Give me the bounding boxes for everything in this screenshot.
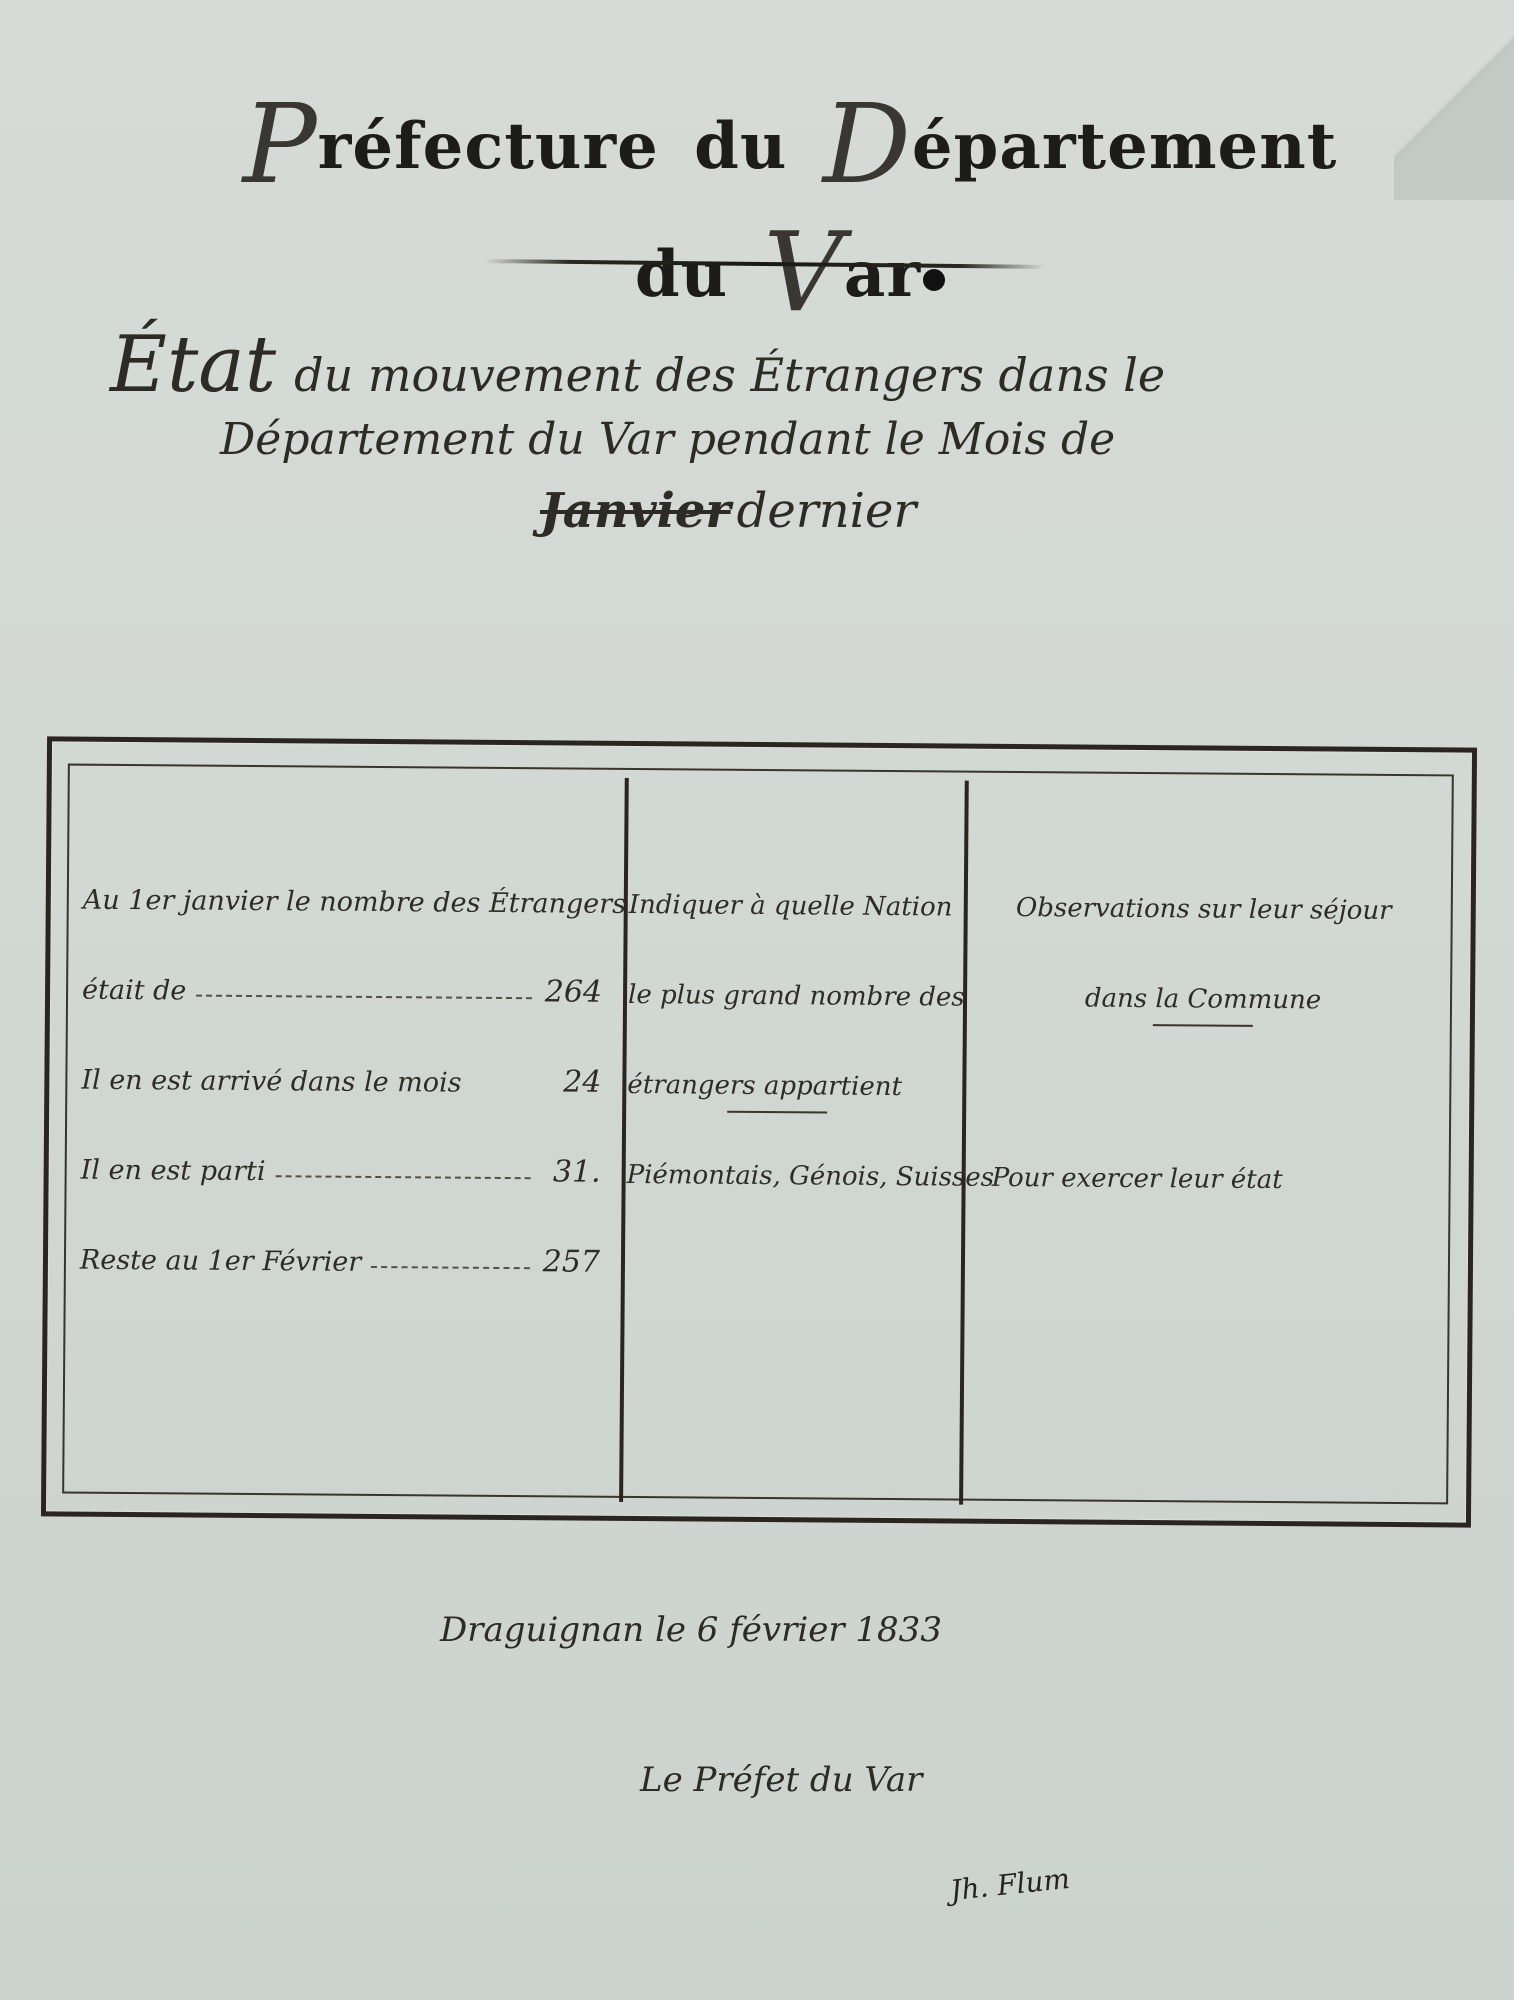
title-line-1: Étatdu mouvement des Étrangers dans le bbox=[110, 320, 1430, 410]
ornamental-initial-v: V bbox=[763, 208, 843, 336]
observations-column: Observations sur leur séjour dans la Com… bbox=[973, 833, 1434, 1029]
column-divider-1 bbox=[619, 778, 629, 1502]
nationality-header-line: Indiquer à quelle Nation bbox=[629, 830, 960, 923]
movement-counts-column: Au 1er janvier le nombre des Étrangers é… bbox=[80, 826, 604, 1280]
title-line-3: Janvierdernier bbox=[540, 483, 1430, 539]
count-row-value: 31. bbox=[541, 1154, 601, 1189]
count-row-value: 24 bbox=[541, 1064, 601, 1099]
heading-word-du-2: du bbox=[635, 237, 728, 312]
header-underline bbox=[727, 1111, 827, 1114]
heading-word-departement: Département bbox=[823, 109, 1338, 184]
column-divider-2 bbox=[959, 781, 969, 1505]
count-row: était de 264 bbox=[82, 916, 603, 1010]
count-row-value: 264 bbox=[542, 974, 602, 1009]
dotted-leader bbox=[371, 1266, 530, 1269]
ornamental-initial-d: D bbox=[823, 80, 912, 208]
title-etat: État bbox=[110, 320, 276, 410]
heading-word-prefecture: Préfecture bbox=[243, 109, 659, 184]
count-row: Au 1er janvier le nombre des Étrangers bbox=[83, 826, 604, 920]
signature: Jh. Flum bbox=[949, 1862, 1072, 1907]
count-row-value: 257 bbox=[540, 1244, 600, 1279]
count-row-label: était de bbox=[82, 975, 187, 1007]
heading-word-du: du bbox=[694, 109, 787, 184]
nationality-column: Indiquer à quelle Nation le plus grand n… bbox=[627, 830, 959, 1115]
count-row: Il en est parti 31. bbox=[81, 1096, 602, 1190]
count-row-label: Il en est arrivé dans le mois bbox=[81, 1065, 461, 1099]
folded-corner bbox=[1394, 0, 1514, 200]
dotted-leader bbox=[196, 995, 532, 1000]
dotted-leader bbox=[276, 1175, 531, 1179]
count-row-label: Il en est parti bbox=[81, 1155, 266, 1187]
count-row-label: Reste au 1er Février bbox=[80, 1245, 361, 1278]
struck-month: Janvier bbox=[540, 483, 731, 539]
statistics-table: Au 1er janvier le nombre des Étrangers é… bbox=[62, 764, 1454, 1505]
header-underline bbox=[1153, 1024, 1253, 1027]
count-row: Reste au 1er Février 257 bbox=[80, 1186, 601, 1280]
nationality-header-line: étrangers appartient bbox=[627, 1010, 958, 1103]
ink-blot bbox=[923, 269, 945, 291]
document-title: Étatdu mouvement des Étrangers dans le D… bbox=[110, 320, 1430, 539]
nationality-answer: Piémontais, Génois, Suisses bbox=[627, 1160, 995, 1193]
count-row: Il en est arrivé dans le mois 24 bbox=[81, 1006, 602, 1100]
document-page: Préfecture du Département du Var Étatdu … bbox=[0, 0, 1514, 2000]
observations-header-line: Observations sur leur séjour bbox=[974, 833, 1435, 927]
title-line-2: Département du Var pendant le Mois de bbox=[220, 414, 1430, 465]
observations-answer: Pour exercer leur état bbox=[992, 1163, 1283, 1195]
observations-header-line: dans la Commune bbox=[973, 923, 1434, 1017]
count-row-label: Au 1er janvier le nombre des Étrangers bbox=[83, 885, 626, 920]
title-line-1-text: du mouvement des Étrangers dans le bbox=[294, 348, 1165, 402]
statistics-table-frame: Au 1er janvier le nombre des Étrangers é… bbox=[41, 736, 1477, 1527]
place-and-date: Draguignan le 6 février 1833 bbox=[440, 1610, 942, 1650]
signatory-title: Le Préfet du Var bbox=[640, 1760, 922, 1800]
letterhead-heading: Préfecture du Département du Var bbox=[180, 80, 1400, 336]
title-month-dernier: dernier bbox=[737, 483, 917, 539]
ornamental-initial-p: P bbox=[243, 80, 318, 208]
nationality-header-line: le plus grand nombre des bbox=[628, 920, 959, 1013]
heading-word-var: Var bbox=[763, 237, 945, 312]
